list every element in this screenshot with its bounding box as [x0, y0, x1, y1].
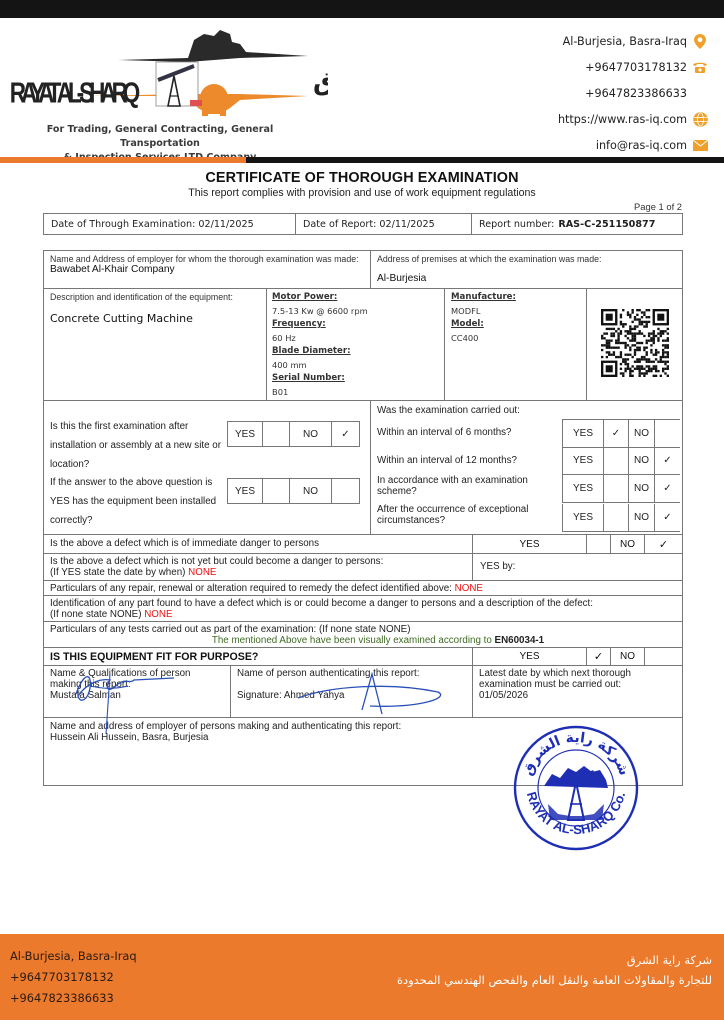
report-date-cell: Date of Report: 02/11/2025 — [296, 214, 472, 234]
telephone-icon — [692, 59, 708, 75]
header-divider-black — [246, 157, 724, 163]
svg-text:RAYAT AL-SHARQ: RAYAT AL-SHARQ — [10, 78, 141, 109]
premises-value: Al-Burjesia — [377, 273, 676, 285]
exam-interval-yes-box[interactable] — [604, 504, 629, 532]
first-exam-yes-box[interactable] — [263, 422, 290, 447]
globe-icon — [692, 111, 708, 127]
footer-arabic-name: شركة راية الشرق للتجارة والمقاولات العام… — [397, 950, 712, 990]
next-exam-date: 01/05/2026 — [479, 690, 676, 701]
first-exam-questions-cell: Is this the first examination after inst… — [44, 401, 371, 535]
footer-address: Al-Burjesia, Basra-Iraq — [10, 946, 137, 967]
fit-for-purpose-cell: IS THIS EQUIPMENT FIT FOR PURPOSE? — [44, 648, 473, 666]
footer-phone-1[interactable]: +9647703178132 — [10, 967, 137, 988]
exam-carried-out-cell: Was the examination carried out: Within … — [371, 401, 682, 535]
exam-interval-yes-box[interactable]: ✓ — [604, 420, 629, 448]
exam-interval-yes-box[interactable] — [604, 475, 629, 503]
company-logo: RAYAT AL-SHARQ راية الشرق — [8, 22, 328, 120]
exam-interval-no-label: NO — [629, 420, 655, 448]
examination-table: Name and Address of employer for whom th… — [43, 250, 683, 786]
qr-code[interactable] — [601, 309, 669, 377]
report-maker-value: Mustafa Salman — [50, 690, 224, 701]
employer-cell: Name and Address of employer for whom th… — [44, 251, 371, 289]
equipment-specs-cell: Motor Power: 7.5-13 Kw @ 6600 rpm Freque… — [267, 289, 445, 401]
document-title: CERTIFICATE OF THOROUGH EXAMINATION — [0, 170, 724, 186]
report-date: 02/11/2025 — [379, 219, 434, 230]
exam-interval-question: Within an interval of 12 months? — [377, 455, 567, 466]
first-exam-no-box[interactable]: ✓ — [332, 422, 360, 447]
exam-interval-yes-box[interactable] — [604, 447, 629, 475]
authenticator-value: Signature: Ahmed Yahya — [237, 690, 466, 701]
contact-phone-1[interactable]: +9647703178132 — [558, 54, 708, 80]
immediate-danger-no-box[interactable]: ✓ — [645, 535, 682, 554]
report-number-cell: Report number:RAS-C-251150877 — [472, 214, 682, 234]
contact-phone-2[interactable]: +9647823386633 — [558, 80, 708, 106]
installed-yes-box[interactable] — [263, 479, 290, 504]
first-exam-question: Is this the first examination after inst… — [50, 417, 225, 474]
location-pin-icon — [692, 33, 708, 49]
installed-correctly-question: If the answer to the above question is Y… — [50, 473, 225, 530]
exam-interval-yes-label: YES — [563, 447, 604, 475]
blade-diameter-value: 400 mm — [272, 359, 439, 373]
contact-website[interactable]: https://www.ras-iq.com — [558, 106, 708, 132]
motor-power-value: 7.5-13 Kw @ 6600 rpm — [272, 305, 439, 319]
fit-yes-box[interactable]: ✓ — [587, 648, 611, 666]
model-value: CC400 — [451, 332, 580, 346]
authenticator-cell: Name of person authenticating this repor… — [231, 666, 473, 718]
exam-interval-no-label: NO — [629, 504, 655, 532]
exam-interval-no-label: NO — [629, 447, 655, 475]
premises-cell: Address of premises at which the examina… — [371, 251, 682, 289]
part-defect-value: NONE — [144, 609, 172, 620]
manufacture-value: MODFL — [451, 305, 580, 319]
exam-interval-answer-grid: YESNO✓ — [562, 447, 680, 475]
immediate-danger-no-label: NO — [611, 535, 645, 554]
contact-address: Al-Burjesia, Basra-Iraq — [558, 28, 708, 54]
frequency-value: 60 Hz — [272, 332, 439, 346]
part-defect-cell: Identification of any part found to have… — [44, 596, 682, 622]
fit-no-box[interactable] — [645, 648, 682, 666]
test-standard: EN60034-1 — [495, 635, 545, 646]
page-footer: Al-Burjesia, Basra-Iraq +9647703178132 +… — [0, 934, 724, 1020]
immediate-danger-yes-box[interactable] — [587, 535, 611, 554]
exam-interval-yes-label: YES — [563, 420, 604, 448]
exam-interval-no-box[interactable]: ✓ — [655, 447, 680, 475]
exam-date-cell: Date of Through Examination: 02/11/2025 — [44, 214, 296, 234]
immediate-danger-cell: Is the above a defect which is of immedi… — [44, 535, 473, 554]
top-black-bar — [0, 0, 724, 18]
immediate-danger-yes-label: YES — [473, 535, 587, 554]
svg-text:راية الشرق: راية الشرق — [313, 67, 328, 97]
manufacture-model-cell: Manufacture: MODFL Model: CC400 — [445, 289, 587, 401]
serial-number-value: B01 — [272, 386, 439, 400]
equipment-description-cell: Description and identification of the eq… — [44, 289, 267, 401]
qr-code-cell — [587, 289, 682, 401]
exam-interval-no-label: NO — [629, 475, 655, 503]
future-danger-value: NONE — [188, 567, 216, 578]
exam-interval-question: In accordance with an examination scheme… — [377, 475, 567, 497]
exam-interval-yes-label: YES — [563, 504, 604, 532]
employer-value: Bawabet Al-Khair Company — [50, 264, 364, 276]
tests-cell: Particulars of any tests carried out as … — [44, 622, 682, 648]
exam-interval-answer-grid: YESNO✓ — [562, 475, 680, 503]
report-number: RAS-C-251150877 — [558, 219, 655, 230]
exam-interval-no-box[interactable] — [655, 420, 680, 448]
installed-no-box[interactable] — [332, 479, 360, 504]
future-danger-cell: Is the above a defect which is not yet b… — [44, 554, 473, 581]
exam-interval-answer-grid: YESNO✓ — [562, 504, 680, 532]
fit-no-label: NO — [611, 648, 645, 666]
company-stamp: شركة راية الشرق RAYAT AL-SHARQ Co. — [512, 724, 640, 852]
exam-date: 02/11/2025 — [198, 219, 253, 230]
header-contacts: Al-Burjesia, Basra-Iraq +9647703178132 +… — [558, 28, 708, 158]
exam-interval-yes-label: YES — [563, 475, 604, 503]
yes-by-cell[interactable]: YES by: — [473, 554, 682, 581]
envelope-icon — [692, 137, 708, 153]
footer-phone-2[interactable]: +9647823386633 — [10, 988, 137, 1009]
report-maker-cell: Name & Qualifications of person making t… — [44, 666, 231, 718]
exam-interval-no-box[interactable]: ✓ — [655, 475, 680, 503]
exam-interval-question: Within an interval of 6 months? — [377, 427, 567, 438]
next-exam-cell: Latest date by which next thorough exami… — [473, 666, 682, 718]
fit-yes-label: YES — [473, 648, 587, 666]
document-subtitle: This report complies with provision and … — [0, 187, 724, 199]
exam-interval-answer-grid: YES✓NO — [562, 419, 680, 448]
repair-value: NONE — [455, 583, 483, 594]
header-divider-orange — [0, 157, 246, 163]
installed-correctly-answer-grid: YES NO — [227, 478, 360, 504]
tagline-line-1: For Trading, General Contracting, Genera… — [10, 123, 310, 151]
contact-email[interactable]: info@ras-iq.com — [558, 132, 708, 158]
svg-text:RAYAT AL-SHARQ Co.: RAYAT AL-SHARQ Co. — [524, 790, 628, 837]
exam-interval-no-box[interactable]: ✓ — [655, 504, 680, 532]
footer-contacts: Al-Burjesia, Basra-Iraq +9647703178132 +… — [10, 946, 137, 1009]
page-number: Page 1 of 2 — [634, 201, 682, 212]
exam-interval-question: After the occurrence of exceptional circ… — [377, 504, 567, 526]
svg-text:شركة راية الشرق: شركة راية الشرق — [520, 730, 632, 778]
equipment-value: Concrete Cutting Machine — [50, 312, 260, 325]
repair-cell: Particulars of any repair, renewal or al… — [44, 581, 682, 596]
report-meta-box: Date of Through Examination: 02/11/2025 … — [43, 213, 683, 235]
first-exam-answer-grid: YES NO ✓ — [227, 421, 360, 447]
